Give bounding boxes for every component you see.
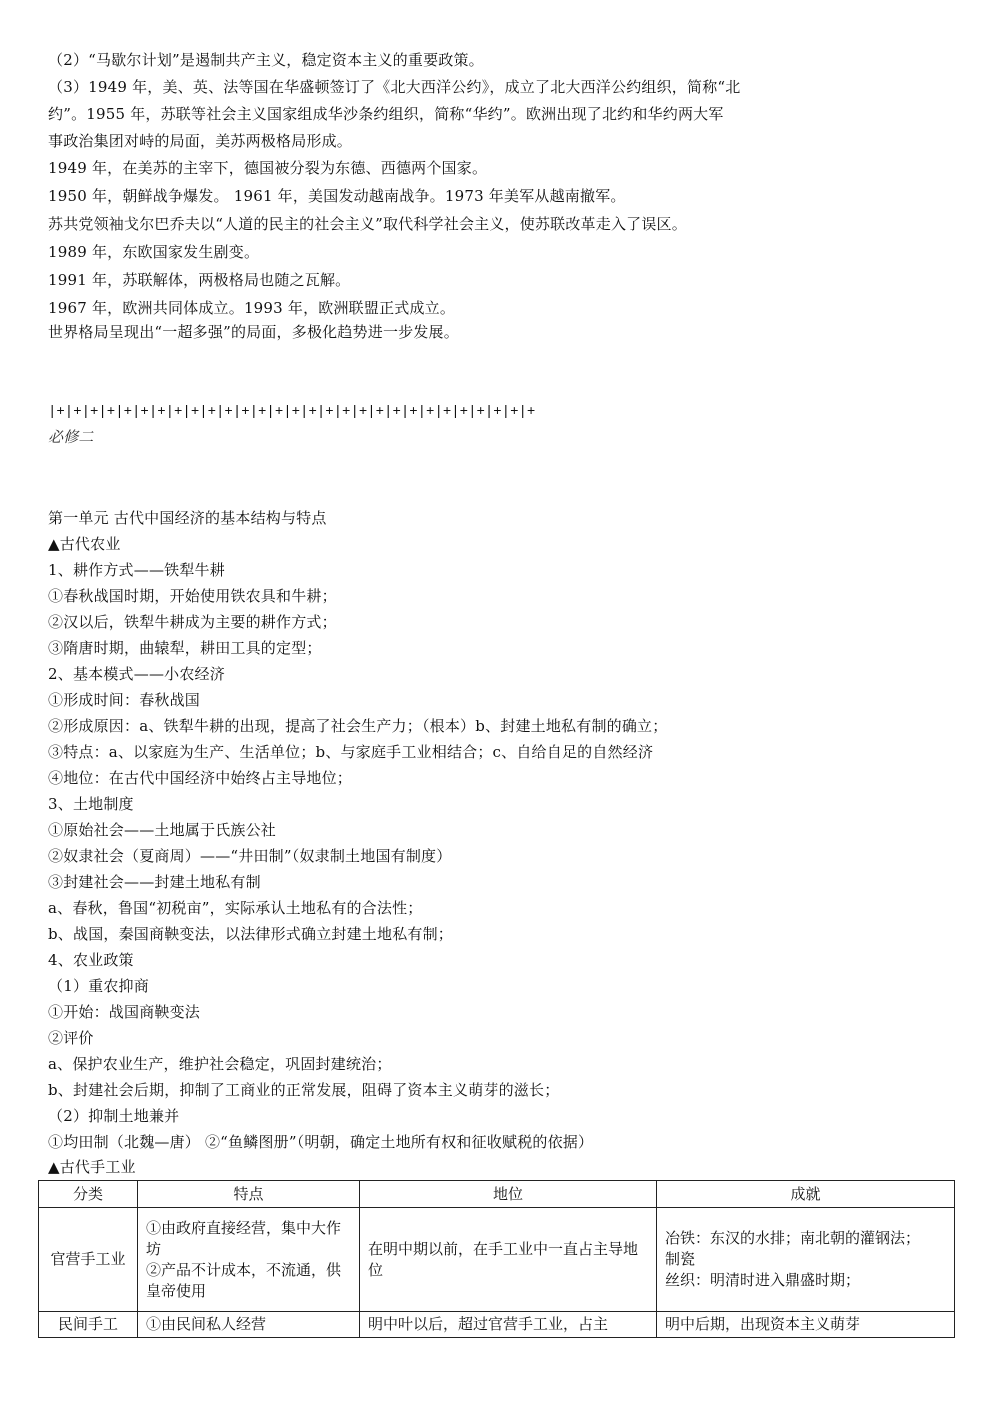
text-line: ①开始：战国商鞅变法: [48, 1002, 200, 1022]
text-line: ①原始社会——土地属于氏族公社: [48, 820, 276, 840]
header-achievements: 成就: [657, 1181, 955, 1208]
subsection-heading: ▲古代手工业: [48, 1157, 136, 1177]
handicraft-table: 分类 特点 地位 成就 官营手工业 ①由政府直接经营，集中大作坊 ②产品不计成本…: [38, 1180, 955, 1338]
table-header-row: 分类 特点 地位 成就: [39, 1181, 955, 1208]
text-line: 世界格局呈现出“一超多强”的局面，多极化趋势进一步发展。: [48, 322, 459, 342]
feature-item: ①由民间私人经营: [146, 1314, 351, 1335]
text-line: 1991 年，苏联解体，两极格局也随之瓦解。: [48, 270, 350, 290]
text-line: 1989 年，东欧国家发生剧变。: [48, 242, 259, 262]
text-line: 约”。1955 年，苏联等社会主义国家组成华沙条约组织，简称“华约”。欧洲出现了…: [48, 104, 724, 124]
section-separator: |+|+|+|+|+|+|+|+|+|+|+|+|+|+|+|+|+|+|+|+…: [48, 402, 535, 422]
text-line: 苏共党领袖戈尔巴乔夫以“人道的民主的社会主义”取代科学社会主义，使苏联改革走入了…: [48, 214, 687, 234]
text-line: （3）1949 年，美、英、法等国在华盛顿签订了《北大西洋公约》，成立了北大西洋…: [48, 77, 740, 97]
cell-status: 明中叶以后，超过官营手工业，占主: [360, 1312, 657, 1338]
text-line: a、春秋，鲁国“初税亩”，实际承认土地私有的合法性；: [48, 898, 422, 918]
subsection-heading: ▲古代农业: [48, 534, 121, 554]
text-line: （2）抑制土地兼并: [48, 1106, 179, 1126]
cell-category: 官营手工业: [39, 1208, 138, 1312]
cell-status: 在明中期以前，在手工业中一直占主导地位: [360, 1208, 657, 1312]
section-label: 必修二: [48, 427, 94, 447]
text-line: 事政治集团对峙的局面，美苏两极格局形成。: [48, 131, 352, 151]
cell-achievements: 冶铁：东汉的水排；南北朝的灌钢法； 制瓷 丝织：明清时进入鼎盛时期；: [657, 1208, 955, 1312]
text-line: ①春秋战国时期，开始使用铁农具和牛耕；: [48, 586, 337, 606]
table-row: 官营手工业 ①由政府直接经营，集中大作坊 ②产品不计成本，不流通，供皇帝使用 在…: [39, 1208, 955, 1312]
text-line: ③特点：a、以家庭为生产、生活单位；b、与家庭手工业相结合；c、自给自足的自然经…: [48, 742, 653, 762]
achievement-item: 冶铁：东汉的水排；南北朝的灌钢法；: [665, 1228, 946, 1249]
text-line: ①均田制（北魏—唐） ②“鱼鳞图册”（明朝，确定土地所有权和征收赋税的依据）: [48, 1132, 593, 1152]
text-line: ②形成原因：a、铁犁牛耕的出现，提高了社会生产力；（根本）b、封建土地私有制的确…: [48, 716, 667, 736]
cell-achievements: 明中后期，出现资本主义萌芽: [657, 1312, 955, 1338]
achievement-item: 制瓷: [665, 1249, 946, 1270]
text-line: ②奴隶社会（夏商周）——“井田制”（奴隶制土地国有制度）: [48, 846, 451, 866]
cell-features: ①由民间私人经营: [138, 1312, 360, 1338]
text-line: ④地位：在古代中国经济中始终占主导地位；: [48, 768, 352, 788]
feature-item: ②产品不计成本，不流通，供皇帝使用: [146, 1260, 351, 1302]
text-line: 1、耕作方式——铁犁牛耕: [48, 560, 225, 580]
text-line: 3、土地制度: [48, 794, 134, 814]
text-line: b、战国，秦国商鞅变法，以法律形式确立封建土地私有制；: [48, 924, 453, 944]
cell-category: 民间手工: [39, 1312, 138, 1338]
text-line: ③封建社会——封建土地私有制: [48, 872, 261, 892]
text-line: 1949 年，在美苏的主宰下，德国被分裂为东德、西德两个国家。: [48, 158, 487, 178]
text-line: ②汉以后，铁犁牛耕成为主要的耕作方式；: [48, 612, 337, 632]
unit-heading: 第一单元 古代中国经济的基本结构与特点: [48, 508, 327, 528]
header-features: 特点: [138, 1181, 360, 1208]
text-line: 1950 年，朝鲜战争爆发。 1961 年，美国发动越南战争。1973 年美军从…: [48, 186, 626, 206]
achievement-item: 明中后期，出现资本主义萌芽: [665, 1314, 946, 1335]
text-line: 1967 年，欧洲共同体成立。1993 年，欧洲联盟正式成立。: [48, 298, 455, 318]
feature-item: ①由政府直接经营，集中大作坊: [146, 1218, 351, 1260]
table-row: 民间手工 ①由民间私人经营 明中叶以后，超过官营手工业，占主 明中后期，出现资本…: [39, 1312, 955, 1338]
text-line: ③隋唐时期，曲辕犁，耕田工具的定型；: [48, 638, 322, 658]
text-line: （1）重农抑商: [48, 976, 149, 996]
text-line: ①形成时间：春秋战国: [48, 690, 200, 710]
text-line: ②评价: [48, 1028, 94, 1048]
text-line: b、封建社会后期，抑制了工商业的正常发展，阻碍了资本主义萌芽的滋长；: [48, 1080, 559, 1100]
text-line: （2）“马歇尔计划”是遏制共产主义，稳定资本主义的重要政策。: [48, 50, 484, 70]
header-category: 分类: [39, 1181, 138, 1208]
text-line: 4、农业政策: [48, 950, 134, 970]
cell-features: ①由政府直接经营，集中大作坊 ②产品不计成本，不流通，供皇帝使用: [138, 1208, 360, 1312]
text-line: 2、基本模式——小农经济: [48, 664, 225, 684]
achievement-item: 丝织：明清时进入鼎盛时期；: [665, 1270, 946, 1291]
text-line: a、保护农业生产，维护社会稳定，巩固封建统治；: [48, 1054, 392, 1074]
header-status: 地位: [360, 1181, 657, 1208]
